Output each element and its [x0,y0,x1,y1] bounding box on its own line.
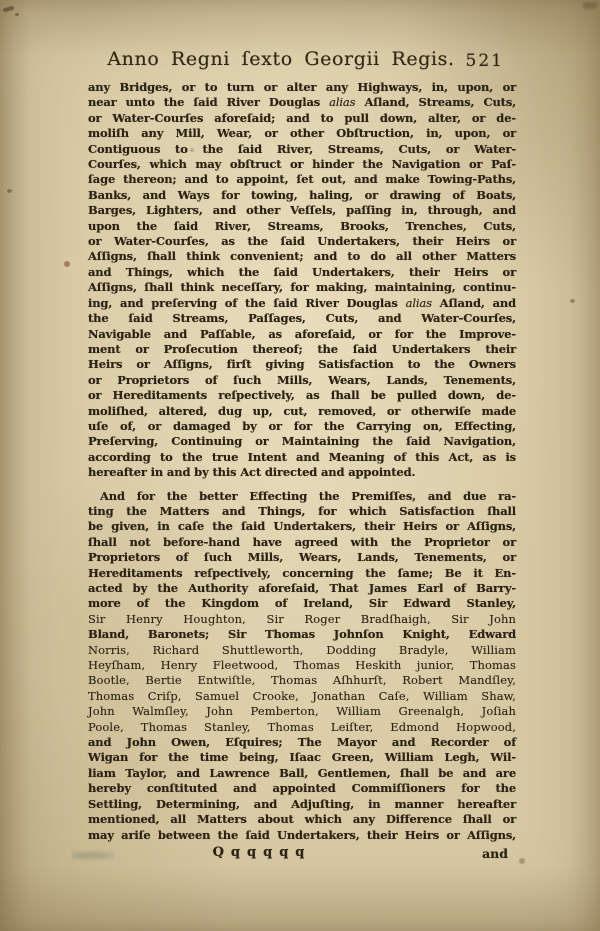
text-line: near unto the ſaid River Douglas alias A… [88,95,516,110]
ink-speck [7,189,12,193]
text-line: Bland, Baronets; Sir Thomas Johnſon Knig… [88,627,516,642]
text-line: hereby conſtituted and appointed Commiſſ… [88,781,516,796]
text-line: ſage thereon; and to appoint, ſet out, a… [88,172,516,187]
text-line: Proprietors of ſuch Mills, Wears, Lands,… [88,550,516,565]
text-line: Sir Henry Houghton, Sir Roger Bradſhaigh… [88,612,516,627]
text-line: Hereditaments reſpectively, concerning t… [88,566,516,581]
text-line: or Hereditaments reſpectively, as ſhall … [88,388,516,403]
ink-speck [519,858,525,864]
text-line: ing, and preſerving of the ſaid River Do… [88,296,516,311]
faint-stamp [72,849,114,862]
text-line: mentioned, all Matters about which any D… [88,812,516,827]
page-number: 521 [466,51,504,71]
text-line: or Water-Courſes aforeſaid; and to pull … [88,111,516,126]
paper-smudge [583,2,597,9]
text-line: And for the better Effecting the Premiſſ… [88,489,516,504]
text-line: and Things, which the ſaid Undertakers, … [88,265,516,280]
header-title: Anno Regni ſexto Georgii Regis. [88,48,474,70]
text-line: upon the ſaid River, Streams, Brooks, Tr… [88,219,516,234]
text-line: Barges, Lighters, and other Veſſels, paſ… [88,203,516,218]
text-line: hereafter in and by this Act directed an… [88,465,516,480]
text-line: ting the Matters and Things, for which S… [88,504,516,519]
paragraph: any Bridges, or to turn or alter any Hig… [88,80,516,481]
text-line: Aſſigns, ſhall think convenient; and to … [88,249,516,264]
signature-mark: Qqqqqq [88,845,436,860]
text-line: Bootle, Bertie Entwiſtle, Thomas Aſhhurſ… [88,673,516,688]
text-line: any Bridges, or to turn or alter any Hig… [88,80,516,95]
ink-speck [570,299,575,303]
text-line: and John Owen, Eſquires; The Mayor and R… [88,735,516,750]
text-line: Thomas Criſp, Samuel Crooke, Jonathan Ca… [88,689,516,704]
text-line: more of the Kingdom of Ireland, Sir Edwa… [88,596,516,611]
text-line: may ariſe between the ſaid Undertakers, … [88,828,516,843]
signature-row: Qqqqqq and [88,845,516,863]
text-line: Contiguous to the ſaid River, Streams, C… [88,142,516,157]
text-line: or Proprietors of ſuch Mills, Wears, Lan… [88,373,516,388]
text-line: Settling, Determining, and Adjuſting, in… [88,797,516,812]
text-line: Banks, and Ways for towing, haling, or d… [88,188,516,203]
text-line: Preſerving, Continuing or Maintaining th… [88,434,516,449]
text-line: Heirs or Aſſigns, firſt giving Satisfact… [88,357,516,372]
ink-speck [64,261,70,267]
text-line: moliſh any Mill, Wear, or other Obſtruct… [88,126,516,141]
text-line: Poole, Thomas Stanley, Thomas Leiſter, E… [88,720,516,735]
text-line: the ſaid Streams, Paſſages, Cuts, and Wa… [88,311,516,326]
text-line: Aſſigns, ſhall think neceſſary, for maki… [88,280,516,295]
ink-speck [15,13,19,16]
text-line: Heyſham, Henry Fleetwood, Thomas Heskith… [88,658,516,673]
text-line: ſhall not before-hand have agreed with t… [88,535,516,550]
text-line: Norris, Richard Shuttleworth, Dodding Br… [88,643,516,658]
text-line: liam Taylor, and Lawrence Ball, Gentleme… [88,766,516,781]
text-line: Navigable and Paſſable, as aforeſaid, or… [88,327,516,342]
running-header: Anno Regni ſexto Georgii Regis. 521 [88,48,514,74]
text-line: Wigan for the time being, Iſaac Green, W… [88,750,516,765]
text-line: according to the true Intent and Meaning… [88,450,516,465]
ink-speck [3,6,15,13]
text-line: be given, in caſe the ſaid Undertakers, … [88,519,516,534]
text-line: or Water-Courſes, as the ſaid Undertaker… [88,234,516,249]
body-text: any Bridges, or to turn or alter any Hig… [88,80,516,843]
text-line: Courſes, which may obſtruct or hinder th… [88,157,516,172]
text-line: John Walmſley, John Pemberton, William G… [88,704,516,719]
text-line: ment or Proſecution thereof; the ſaid Un… [88,342,516,357]
text-line: acted by the Authority aforeſaid, That J… [88,581,516,596]
paragraph: And for the better Effecting the Premiſſ… [88,489,516,843]
scanned-page: Anno Regni ſexto Georgii Regis. 521 any … [0,0,600,931]
text-line: moliſhed, altered, dug up, cut, removed,… [88,404,516,419]
catchword: and [482,846,508,861]
text-line: uſe of, or damaged by or for the Carryin… [88,419,516,434]
